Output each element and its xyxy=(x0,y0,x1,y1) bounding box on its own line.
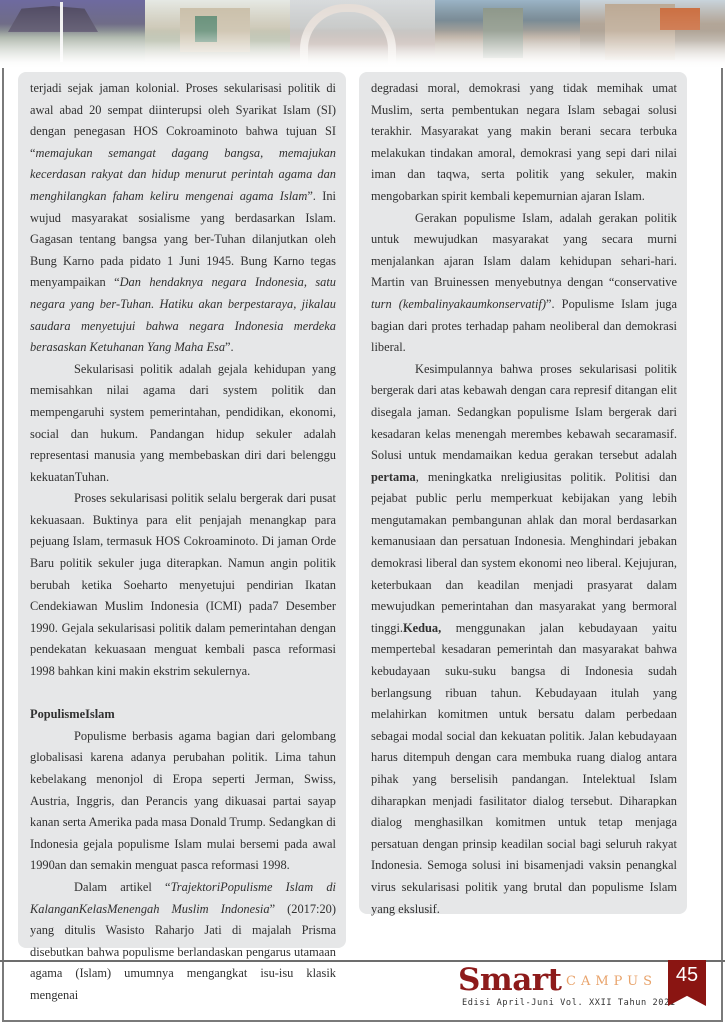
bold-term-pertama: pertama xyxy=(371,470,416,484)
text-run: ” (2017:20) yang ditulis Wasisto Raharjo… xyxy=(30,902,336,1002)
paragraph: Proses sekularisasi politik selalu berge… xyxy=(30,488,336,682)
quote-cokroaminoto: memajukan semangat dagang bangsa, memaju… xyxy=(30,146,336,203)
paragraph: Sekularisasi politik adalah gejala kehid… xyxy=(30,359,336,489)
italic-term: turn (kembalinyakaumkonservatif) xyxy=(371,297,546,311)
left-column-text: terjadi sejak jaman kolonial. Proses sek… xyxy=(30,78,336,1007)
banner-fade xyxy=(0,0,725,68)
section-heading: PopulismeIslam xyxy=(30,704,336,726)
text-run: ”. xyxy=(225,340,234,354)
edition-info: Edisi April-Juni Vol. XXII Tahun 2021 xyxy=(462,998,676,1008)
spacer xyxy=(30,683,336,705)
bold-term-kedua: Kedua, xyxy=(403,621,441,635)
header-banner xyxy=(0,0,725,68)
logo-campus: CAMPUS xyxy=(566,974,657,990)
right-column-text: degradasi moral, demokrasi yang tidak me… xyxy=(371,78,677,920)
text-run: menggunakan jalan kebudayaan yaitu mempe… xyxy=(371,621,677,916)
paragraph: Dalam artikel “TrajektoriPopulisme Islam… xyxy=(30,877,336,1007)
logo-smart: Smart xyxy=(458,962,561,998)
left-column: terjadi sejak jaman kolonial. Proses sek… xyxy=(18,72,346,948)
paragraph: Kesimpulannya bahwa proses sekularisasi … xyxy=(371,359,677,920)
text-run: Gerakan populisme Islam, adalah gerakan … xyxy=(371,211,677,290)
paragraph: Populisme berbasis agama bagian dari gel… xyxy=(30,726,336,877)
magazine-logo: Smart CAMPUS Edisi April-Juni Vol. XXII … xyxy=(456,962,671,1022)
text-run: , meningkatka nreligiusitas politik. Pol… xyxy=(371,470,677,635)
paragraph: Gerakan populisme Islam, adalah gerakan … xyxy=(371,208,677,359)
paragraph: terjadi sejak jaman kolonial. Proses sek… xyxy=(30,78,336,359)
text-run: Dalam artikel “ xyxy=(74,880,171,894)
text-run: Kesimpulannya bahwa proses sekularisasi … xyxy=(371,362,677,462)
right-column: degradasi moral, demokrasi yang tidak me… xyxy=(359,72,687,914)
paragraph: degradasi moral, demokrasi yang tidak me… xyxy=(371,78,677,208)
